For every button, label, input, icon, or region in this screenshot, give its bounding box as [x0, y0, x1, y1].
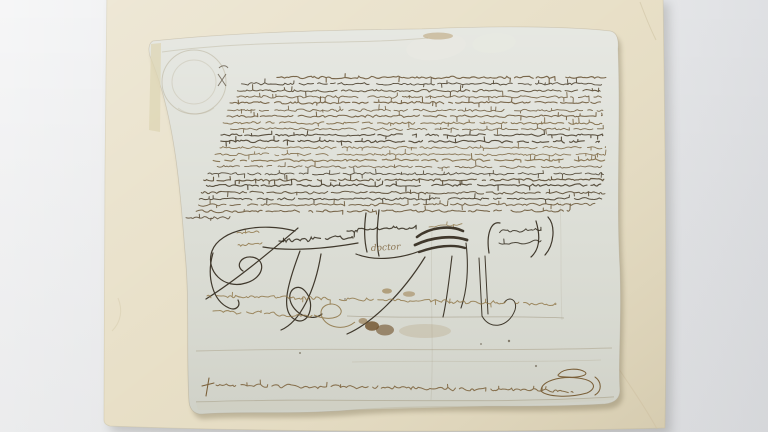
signature-title-doctor: doctor — [371, 242, 402, 254]
left-edge-tape — [149, 43, 161, 132]
manuscript-photo-canvas: doctor — [0, 0, 768, 432]
manuscript-document: doctor — [149, 27, 624, 419]
photo-of-manuscript: doctor — [0, 0, 768, 432]
